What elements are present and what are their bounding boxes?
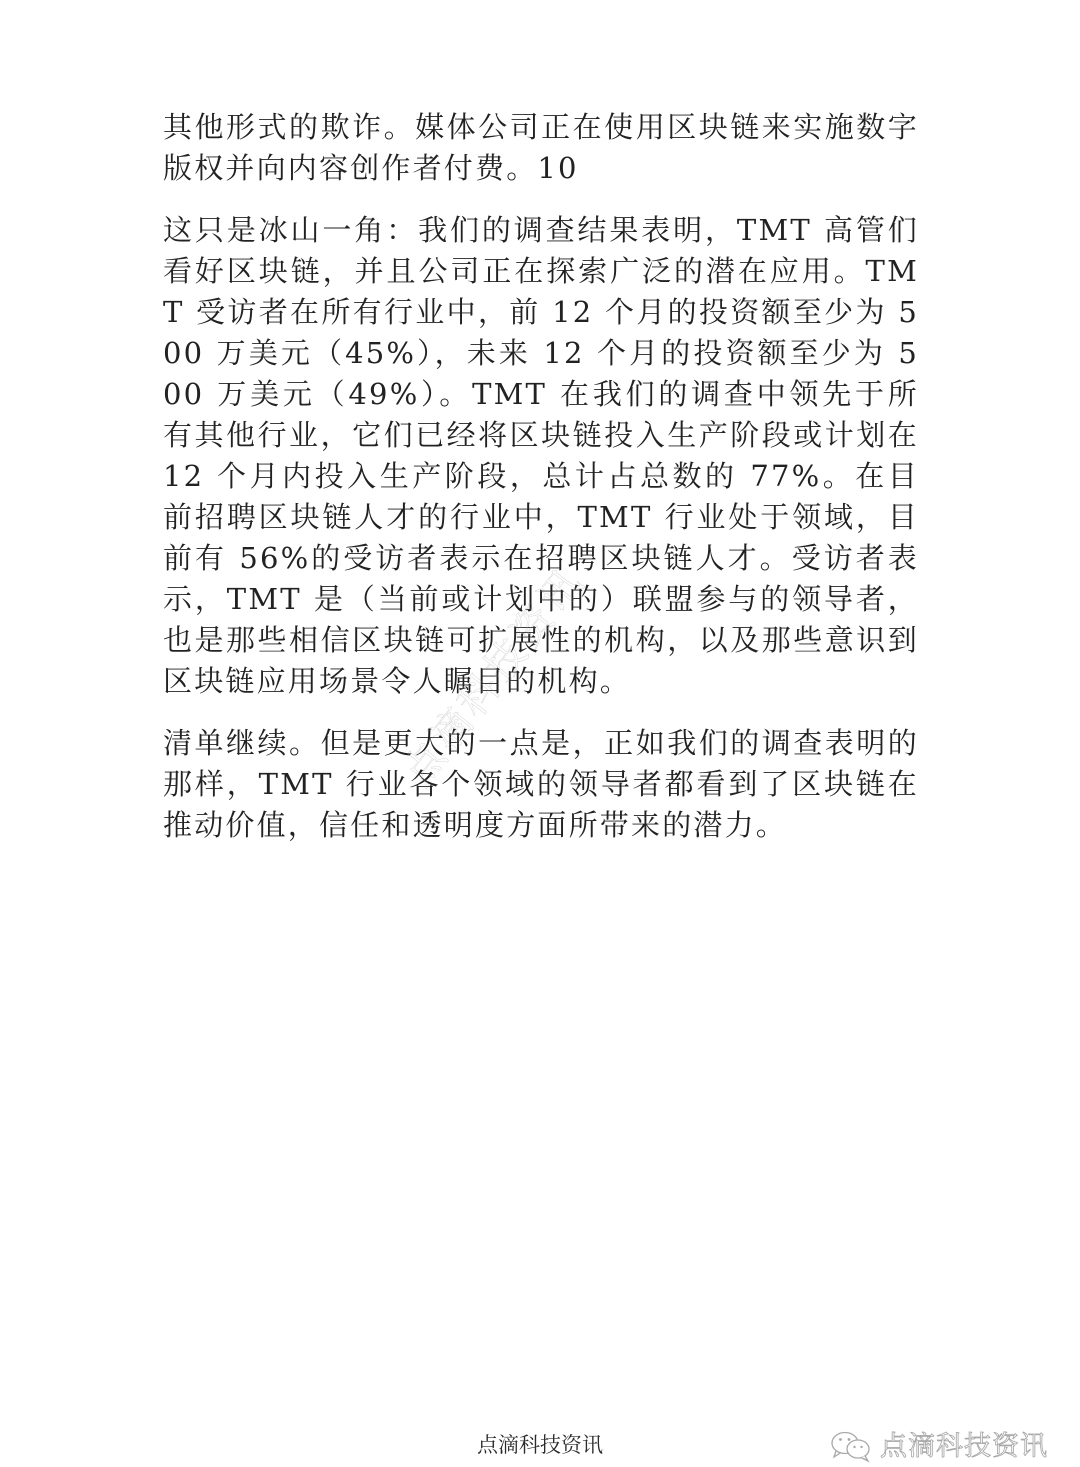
paragraph-1: 其他形式的欺诈。媒体公司正在使用区块链来实施数字版权并向内容创作者付费。10 <box>163 107 919 189</box>
paragraph-3: 清单继续。但是更大的一点是，正如我们的调查表明的那样，TMT 行业各个领域的领导… <box>163 723 919 846</box>
wechat-account-name: 点滴科技资讯 <box>880 1430 1048 1464</box>
document-page: 其他形式的欺诈。媒体公司正在使用区块链来实施数字版权并向内容创作者付费。10 这… <box>0 0 1080 1467</box>
wechat-icon <box>830 1430 874 1464</box>
document-body: 其他形式的欺诈。媒体公司正在使用区块链来实施数字版权并向内容创作者付费。10 这… <box>163 107 919 867</box>
wechat-account-watermark: 点滴科技资讯 <box>830 1428 1048 1466</box>
